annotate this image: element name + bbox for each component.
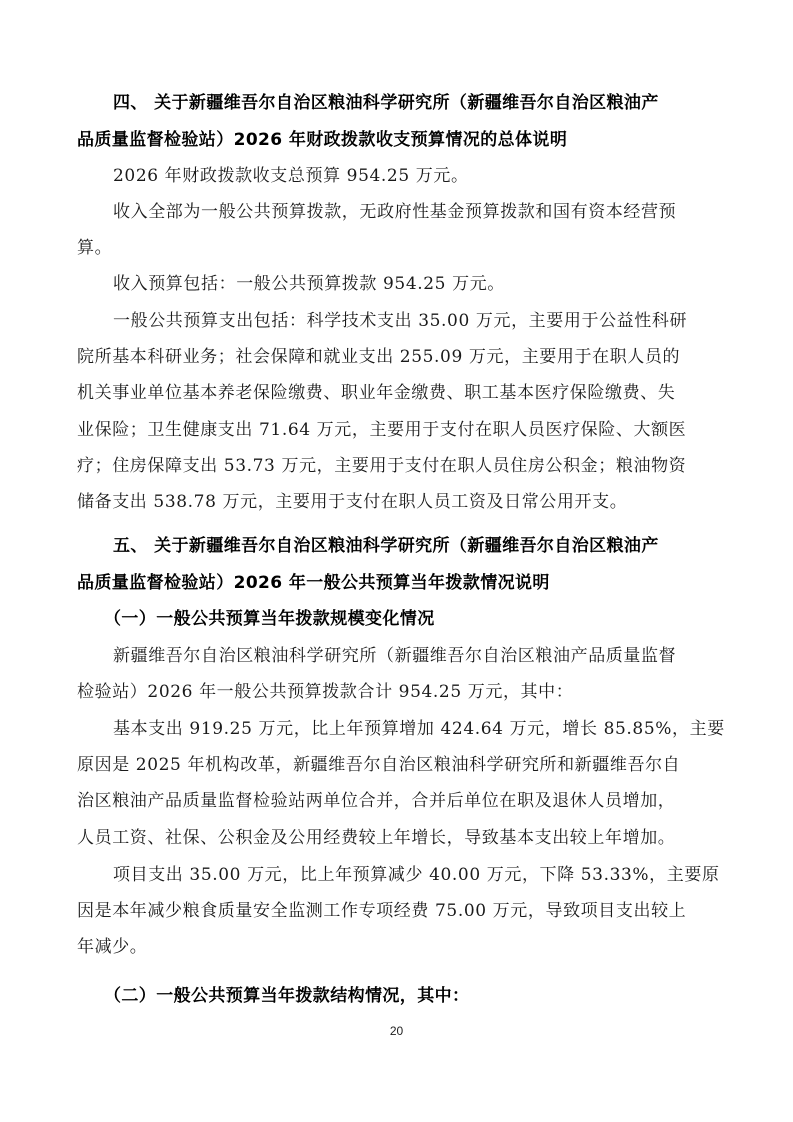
paragraph-basic-expenditure-line-4: 人员工资、社保、公积金及公用经费较上年增长，导致基本支出较上年增加。: [77, 826, 707, 850]
paragraph-project-expenditure-line-2: 因是本年减少粮食质量安全监测工作专项经费 75.00 万元，导致项目支出较上: [77, 899, 707, 923]
subsection1-heading: （一）一般公共预算当年拨款规模变化情况: [104, 607, 734, 631]
section5-heading-line-1: 五、 关于新疆维吾尔自治区粮油科学研究所（新疆维吾尔自治区粮油产: [113, 534, 707, 558]
paragraph-expenditure-line-5: 疗；住房保障支出 53.73 万元，主要用于支付在职人员住房公积金；粮油物资: [77, 454, 707, 478]
section4-heading-line-2: 品质量监督检验站）2026 年财政拨款收支预算情况的总体说明: [77, 128, 707, 152]
paragraph-income-source-line-2: 算。: [77, 236, 707, 260]
paragraph-expenditure-line-1: 一般公共预算支出包括：科学技术支出 35.00 万元，主要用于公益性科研: [113, 309, 707, 333]
paragraph-expenditure-line-2: 院所基本科研业务；社会保障和就业支出 255.09 万元，主要用于在职人员的: [77, 345, 707, 369]
subsection2-heading: （二）一般公共预算当年拨款结构情况，其中：: [104, 984, 734, 1008]
paragraph-income-budget: 收入预算包括：一般公共预算拨款 954.25 万元。: [113, 272, 707, 296]
paragraph-expenditure-line-4: 业保险；卫生健康支出 71.64 万元，主要用于支付在职人员医疗保险、大额医: [77, 418, 707, 442]
page-number: 20: [0, 1024, 793, 1038]
paragraph-income-source-line-1: 收入全部为一般公共预算拨款，无政府性基金预算拨款和国有资本经营预: [113, 200, 707, 224]
section4-heading-line-1: 四、 关于新疆维吾尔自治区粮油科学研究所（新疆维吾尔自治区粮油产: [113, 91, 707, 115]
paragraph-basic-expenditure-line-1: 基本支出 919.25 万元，比上年预算增加 424.64 万元，增长 85.8…: [113, 717, 707, 741]
paragraph-total-budget: 2026 年财政拨款收支总预算 954.25 万元。: [113, 164, 707, 188]
paragraph-expenditure-line-6: 储备支出 538.78 万元，主要用于支付在职人员工资及日常公用开支。: [77, 490, 707, 514]
paragraph-basic-expenditure-line-2: 原因是 2025 年机构改革，新疆维吾尔自治区粮油科学研究所和新疆维吾尔自: [77, 753, 707, 777]
section5-heading-line-2: 品质量监督检验站）2026 年一般公共预算当年拨款情况说明: [77, 571, 707, 595]
paragraph-basic-expenditure-line-3: 治区粮油产品质量监督检验站两单位合并，合并后单位在职及退休人员增加，: [77, 789, 707, 813]
paragraph-project-expenditure-line-1: 项目支出 35.00 万元，比上年预算减少 40.00 万元，下降 53.33%…: [113, 863, 707, 887]
paragraph-general-total-line-2: 检验站）2026 年一般公共预算拨款合计 954.25 万元，其中：: [77, 680, 707, 704]
document-page: 四、 关于新疆维吾尔自治区粮油科学研究所（新疆维吾尔自治区粮油产 品质量监督检验…: [0, 0, 793, 1122]
paragraph-project-expenditure-line-3: 年减少。: [77, 935, 707, 959]
paragraph-expenditure-line-3: 机关事业单位基本养老保险缴费、职业年金缴费、职工基本医疗保险缴费、失: [77, 381, 707, 405]
paragraph-general-total-line-1: 新疆维吾尔自治区粮油科学研究所（新疆维吾尔自治区粮油产品质量监督: [113, 644, 707, 668]
